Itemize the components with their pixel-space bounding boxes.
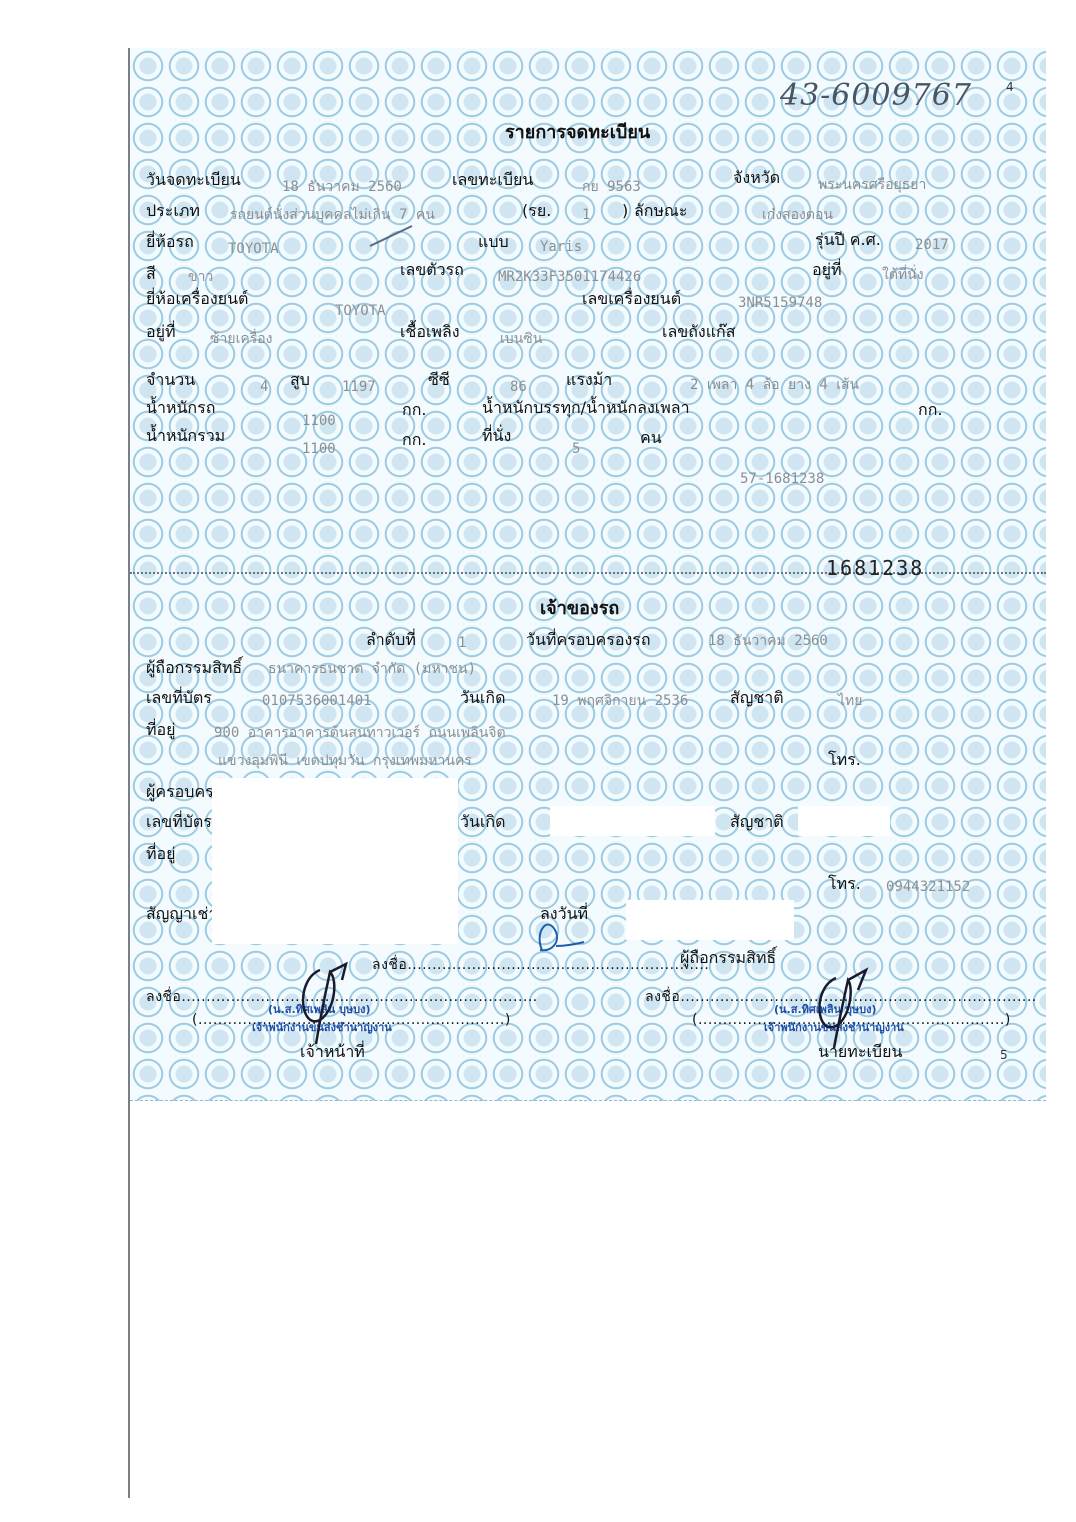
order-label: ลำดับที่ xyxy=(366,632,416,648)
hp-label: แรงม้า xyxy=(566,372,612,388)
perforation-serial: 1681238 xyxy=(826,556,924,580)
redacted-possessor-details xyxy=(212,778,458,944)
owner-address-label: ที่อยู่ xyxy=(146,722,176,738)
province-value: พระนครศรีอยุธยา xyxy=(818,178,926,192)
owner-nationality-value: ไทย xyxy=(838,694,862,708)
plate-label: เลขทะเบียน xyxy=(452,172,533,188)
fuel-value: เบนซิน xyxy=(500,332,542,346)
color-value: ขาว xyxy=(188,270,213,284)
owner-sign-line: ลงชื่อ..................................… xyxy=(372,954,709,976)
page-marker-top: 4 xyxy=(1006,80,1014,94)
pen-stroke-icon xyxy=(366,222,416,250)
possessor-birth-label: วันเกิด xyxy=(460,814,505,830)
owner-birth-label: วันเกิด xyxy=(460,690,505,706)
style-label: ลักษณะ xyxy=(634,203,687,219)
owner-id-label: เลขที่บัตร xyxy=(146,690,212,706)
cylinders-unit: สูบ xyxy=(290,372,310,388)
type-code-label: (รย. xyxy=(522,203,551,219)
handwritten-reference: 43-6009767 xyxy=(780,78,972,113)
cc-value: 1197 xyxy=(342,380,376,394)
model-label: แบบ xyxy=(478,234,509,250)
registrar-signature-icon xyxy=(808,966,878,1052)
color-label: สี xyxy=(146,266,156,282)
officer-signature-icon xyxy=(290,960,360,1050)
gross-weight-label: น้ำหนักรวม xyxy=(146,428,225,444)
owner-address-line2: แขวงลุมพินี เขตปทุมวัน กรุงเทพมหานคร xyxy=(218,754,472,768)
type-code-close: ) xyxy=(622,203,628,219)
owner-id-value: 0107536001401 xyxy=(262,694,372,708)
possession-date-value: 18 ธันวาคม 2560 xyxy=(708,634,828,648)
possessor-phone-value: 0944321152 xyxy=(886,880,970,894)
model-value: Yaris xyxy=(540,240,582,254)
registration-date-value: 18 ธันวาคม 2560 xyxy=(282,180,402,194)
model-year-label: รุ่นปี ค.ศ. xyxy=(815,232,881,248)
owner-sign-role: ผู้ถือกรรมสิทธิ์ xyxy=(680,950,776,966)
load-label: น้ำหนักบรรทุก/น้ำหนักลงเพลา xyxy=(482,400,690,416)
brand-value: TOYOTA xyxy=(228,242,279,256)
owner-phone-label: โทร. xyxy=(828,752,861,768)
weight-label: น้ำหนักรถ xyxy=(146,400,215,416)
weight-unit: กก. xyxy=(402,402,426,418)
seats-unit: คน xyxy=(640,430,662,446)
blue-tick-mark-icon xyxy=(530,912,586,958)
load-unit: กก. xyxy=(918,402,942,418)
axles-wheels-value: 2 เพลา 4 ล้อ ยาง 4 เส้น xyxy=(690,378,859,392)
possessor-address-label: ที่อยู่ xyxy=(146,846,176,862)
engine-no-label: เลขเครื่องยนต์ xyxy=(582,291,681,307)
brand-label: ยี่ห้อรถ xyxy=(146,234,194,250)
owner-label: ผู้ถือกรรมสิทธิ์ xyxy=(146,660,242,676)
province-label: จังหวัด xyxy=(733,170,780,186)
cylinders-value: 4 xyxy=(260,380,268,394)
owner-section-title: เจ้าของรถ xyxy=(540,600,619,618)
seats-label: ที่นั่ง xyxy=(482,428,511,444)
redacted-possessor-birth xyxy=(550,806,715,836)
registration-date-label: วันจดทะเบียน xyxy=(146,172,241,188)
owner-nationality-label: สัญชาติ xyxy=(730,690,784,706)
engine-brand-label: ยี่ห้อเครื่องยนต์ xyxy=(146,291,248,307)
engine-location-value: ซ้ายเครื่อง xyxy=(210,332,272,346)
possessor-phone-label: โทร. xyxy=(828,876,861,892)
engine-brand-value: TOYOTA xyxy=(335,304,386,318)
redacted-contract-date xyxy=(626,900,794,940)
type-label: ประเภท xyxy=(146,203,200,219)
page-marker-bottom: 5 xyxy=(1000,1048,1008,1062)
order-value: 1 xyxy=(458,636,466,650)
possession-date-label: วันที่ครอบครองรถ xyxy=(526,632,651,648)
type-value: รถยนต์นั่งส่วนบุคคลไม่เกิน 7 คน xyxy=(230,208,435,222)
owner-birth-value: 19 พฤศจิกายน 2536 xyxy=(552,694,688,708)
cylinders-label: จำนวน xyxy=(146,372,195,388)
gas-tank-label: เลขถังแก๊ส xyxy=(662,324,735,340)
possessor-id-label: เลขที่บัตร xyxy=(146,814,212,830)
seats-value: 5 xyxy=(572,442,580,456)
chassis-location-value: ใต้ที่นั่ง xyxy=(882,268,924,282)
registration-section-title: รายการจดทะเบียน xyxy=(505,124,650,142)
gross-weight-unit: กก. xyxy=(402,432,426,448)
possessor-nationality-label: สัญชาติ xyxy=(730,814,784,830)
engine-no-value: 3NR5159748 xyxy=(738,296,822,310)
redacted-possessor-nationality xyxy=(798,806,890,836)
type-code-value: 1 xyxy=(582,208,590,222)
plate-value: กย 9563 xyxy=(582,180,641,194)
gross-weight-value: 1100 xyxy=(302,442,336,456)
model-year-value: 2017 xyxy=(915,238,949,252)
cc-label: ซีซี xyxy=(428,372,450,388)
form-serial: 57-1681238 xyxy=(740,472,824,486)
chassis-label: เลขตัวรถ xyxy=(400,262,464,278)
chassis-value: MR2K33F3501174426 xyxy=(498,270,641,284)
style-value: เก๋งสองตอน xyxy=(762,208,833,222)
fuel-label: เชื้อเพลิง xyxy=(400,324,460,340)
owner-address-line1: 900 อาคารอาคารต้นสนทาวเวอร์ ถนนเพลินจิต xyxy=(214,726,506,740)
engine-location-label: อยู่ที่ xyxy=(146,324,176,340)
hp-value: 86 xyxy=(510,380,527,394)
chassis-location-label: อยู่ที่ xyxy=(812,262,842,278)
weight-value: 1100 xyxy=(302,414,336,428)
owner-value: ธนาคารธนชาต จำกัด (มหาชน) xyxy=(268,662,476,676)
